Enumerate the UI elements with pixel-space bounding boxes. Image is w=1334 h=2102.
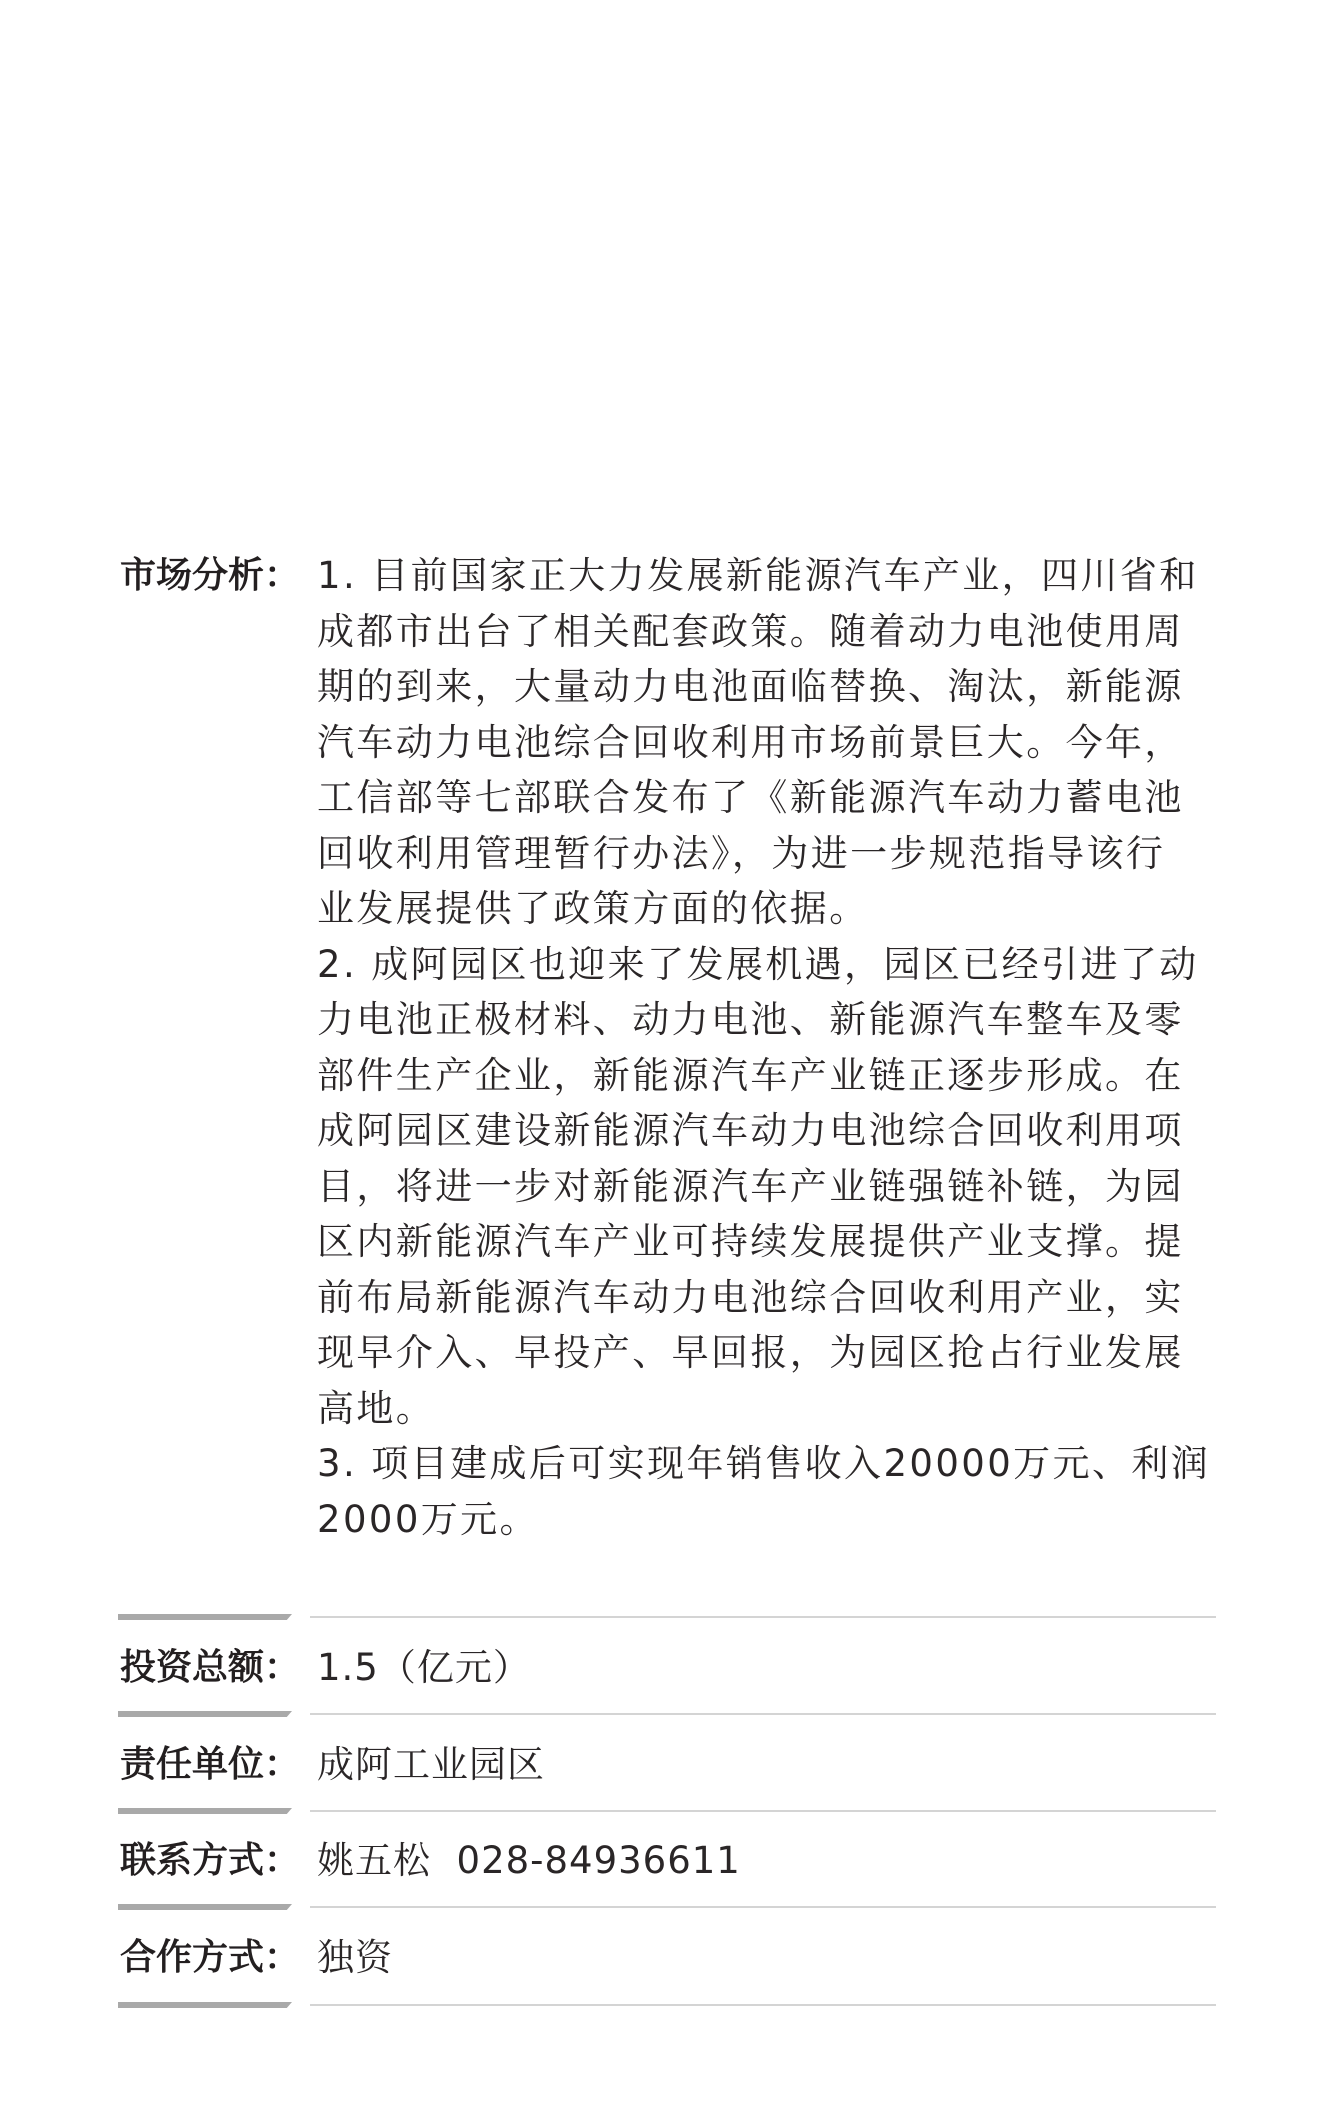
text-line: 期的到来，大量动力电池面临替换、淘汰，新能源 [317,659,1217,715]
text-line: 2000万元。 [317,1492,1217,1548]
value-divider-rule [310,1810,1216,1812]
label-divider-bar [118,1614,292,1620]
text-line: 汽车动力电池综合回收利用市场前景巨大。今年， [317,715,1217,771]
field-row-investment: 投资总额： 1.5（亿元） [118,1622,1218,1719]
field-label: 联系方式： [120,1833,300,1889]
value-divider-rule [310,1906,1216,1908]
label-divider-bar [118,1904,292,1910]
field-value: 1.5（亿元） [317,1640,531,1696]
text-line: 工信部等七部联合发布了《新能源汽车动力蓄电池 [317,770,1217,826]
value-divider-rule [310,2004,1216,2006]
text-line: 高地。 [317,1381,1217,1437]
text-line: 回收利用管理暂行办法》，为进一步规范指导该行 [317,826,1217,882]
field-value: 独资 [317,1930,393,1986]
text-line: 力电池正极材料、动力电池、新能源汽车整车及零 [317,992,1217,1048]
text-line: 目，将进一步对新能源汽车产业链强链补链，为园 [317,1159,1217,1215]
text-line: 成阿园区建设新能源汽车动力电池综合回收利用项 [317,1103,1217,1159]
field-row-contact: 联系方式： 姚五松 028-84936611 [118,1815,1218,1912]
field-label: 责任单位： [120,1737,300,1793]
field-value: 成阿工业园区 [317,1737,545,1793]
divider [118,1614,1218,1622]
field-label: 合作方式： [120,1930,300,1986]
text-line: 2. 成阿园区也迎来了发展机遇，园区已经引进了动 [317,937,1217,993]
field-row-responsible-unit: 责任单位： 成阿工业园区 [118,1719,1218,1816]
value-divider-rule [310,1713,1216,1715]
label-divider-bar [118,1808,292,1814]
text-line: 部件生产企业，新能源汽车产业链正逐步形成。在 [317,1048,1217,1104]
text-line: 3. 项目建成后可实现年销售收入20000万元、利润 [317,1436,1217,1492]
text-line: 区内新能源汽车产业可持续发展提供产业支撑。提 [317,1214,1217,1270]
market-analysis-text: 1. 目前国家正大力发展新能源汽车产业，四川省和 成都市出台了相关配套政策。随着… [317,548,1217,1547]
value-divider-rule [310,1616,1216,1618]
field-value: 姚五松 028-84936611 [317,1833,741,1889]
text-line: 前布局新能源汽车动力电池综合回收利用产业，实 [317,1270,1217,1326]
field-label: 投资总额： [120,1640,300,1696]
label-divider-bar [118,2002,292,2008]
text-line: 现早介入、早投产、早回报，为园区抢占行业发展 [317,1325,1217,1381]
field-row-cooperation: 合作方式： 独资 [118,1912,1218,2009]
label-divider-bar [118,1711,292,1717]
text-line: 业发展提供了政策方面的依据。 [317,881,1217,937]
market-analysis-label: 市场分析： [120,548,300,604]
text-line: 成都市出台了相关配套政策。随着动力电池使用周 [317,604,1217,660]
text-line: 1. 目前国家正大力发展新能源汽车产业，四川省和 [317,548,1217,604]
